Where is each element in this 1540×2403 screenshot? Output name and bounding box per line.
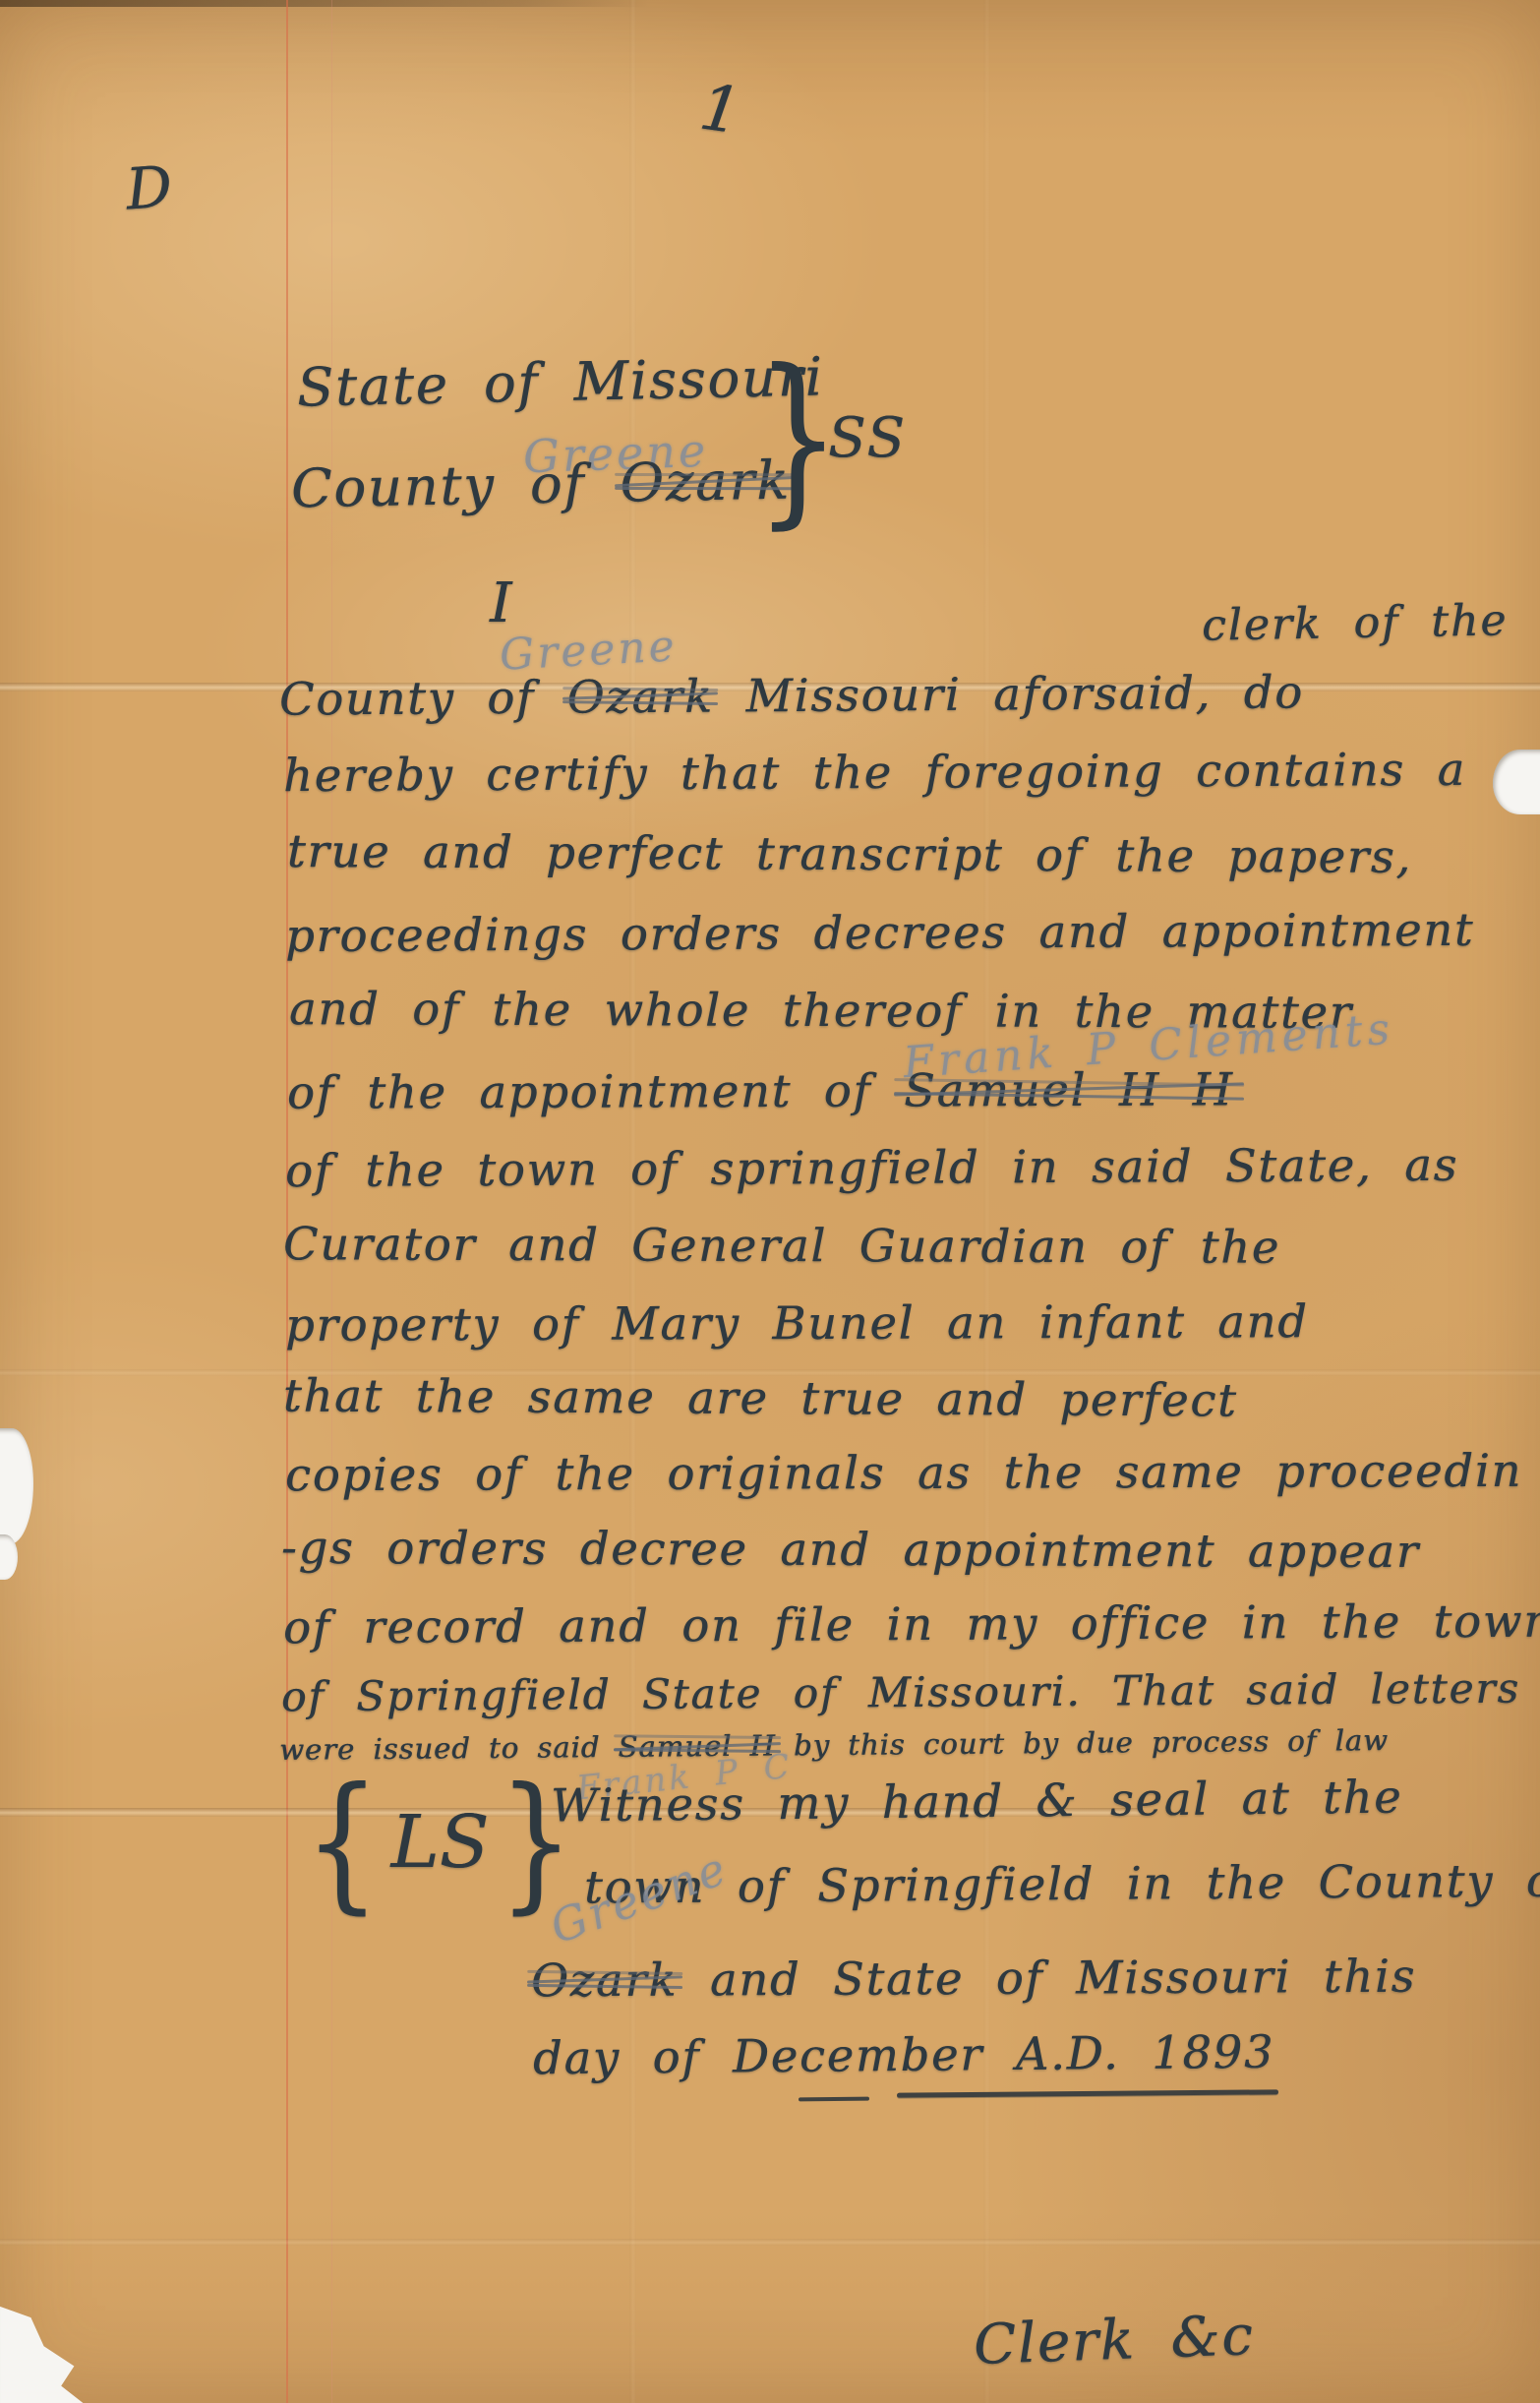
fold-crease [0, 2239, 1540, 2246]
body-line-county: County of Ozark Missouri aforsaid, do [279, 669, 1304, 721]
state-line: Ozark and State of Missouri this [531, 1953, 1416, 2004]
seal-label: LS [390, 1800, 489, 1885]
scan-edge-shadow [0, 0, 649, 7]
date-line: day of December A.D. 1893 [533, 2029, 1275, 2081]
signature-line [799, 2097, 869, 2102]
body-line: hereby certify that the foregoing contai… [283, 747, 1466, 798]
header-county-pre: County of [290, 452, 620, 520]
body-line: property of Mary Bunel an infant and [285, 1298, 1309, 1348]
torn-edge-notch [1493, 750, 1540, 814]
body-line: true and perfect transcript of the paper… [287, 828, 1412, 879]
clerk-signature: Clerk &c [973, 2309, 1255, 2373]
seal-mark-ls: {LS} [295, 1769, 585, 1916]
body-line: of Springfield State of Missouri. That s… [281, 1668, 1520, 1718]
header-county-line: County of Ozark [291, 454, 792, 516]
red-margin-line [286, 0, 288, 2403]
body-line: of record and on file in my office in th… [283, 1598, 1540, 1651]
appointment-struck: Samuel H H [904, 1066, 1234, 1112]
header-ss: SS [828, 411, 907, 466]
page-number: 1 [696, 76, 746, 144]
document-page: 1 D State of Missouri Greene County of O… [0, 0, 1540, 2403]
body-line-appointment: of the appointment of Samuel H H [287, 1066, 1234, 1114]
torn-edge-notch [0, 1428, 33, 1544]
appointment-pre: of the appointment of [287, 1063, 904, 1118]
body-county-pre: County of [279, 671, 567, 726]
header-state-line: State of Missouri [296, 350, 824, 414]
body-county-struck: Ozark [566, 674, 714, 720]
seal-open-brace: { [305, 1769, 382, 1916]
body-line: proceedings orders decrees and appointme… [285, 907, 1475, 958]
body-opening-word: I [490, 576, 513, 631]
body-line: Curator and General Guardian of the [283, 1221, 1280, 1270]
body-line: of the town of springfield in said State… [285, 1142, 1458, 1193]
corner-mark-d: D [124, 157, 175, 217]
signature-line [897, 2089, 1278, 2097]
body-opening-right: clerk of the [1202, 599, 1509, 647]
closing-county-struck: Ozark [531, 1957, 678, 2004]
interline-post: by this court by due process of law [776, 1723, 1389, 1762]
interline-struck: Samuel H [618, 1732, 776, 1762]
witness-line: Witness my hand & seal at the [551, 1773, 1403, 1828]
closing-state-post: and State of Missouri this [678, 1950, 1416, 2007]
body-line: -gs orders decree and appointment appear [281, 1525, 1420, 1574]
body-county-post: Missouri aforsaid, do [714, 665, 1304, 722]
body-line: copies of the originals as the same proc… [285, 1448, 1522, 1497]
torn-corner [0, 2298, 102, 2403]
body-line: that the same are true and perfect [283, 1372, 1238, 1422]
body-interline: were issued to said Samuel H by this cou… [279, 1726, 1389, 1765]
